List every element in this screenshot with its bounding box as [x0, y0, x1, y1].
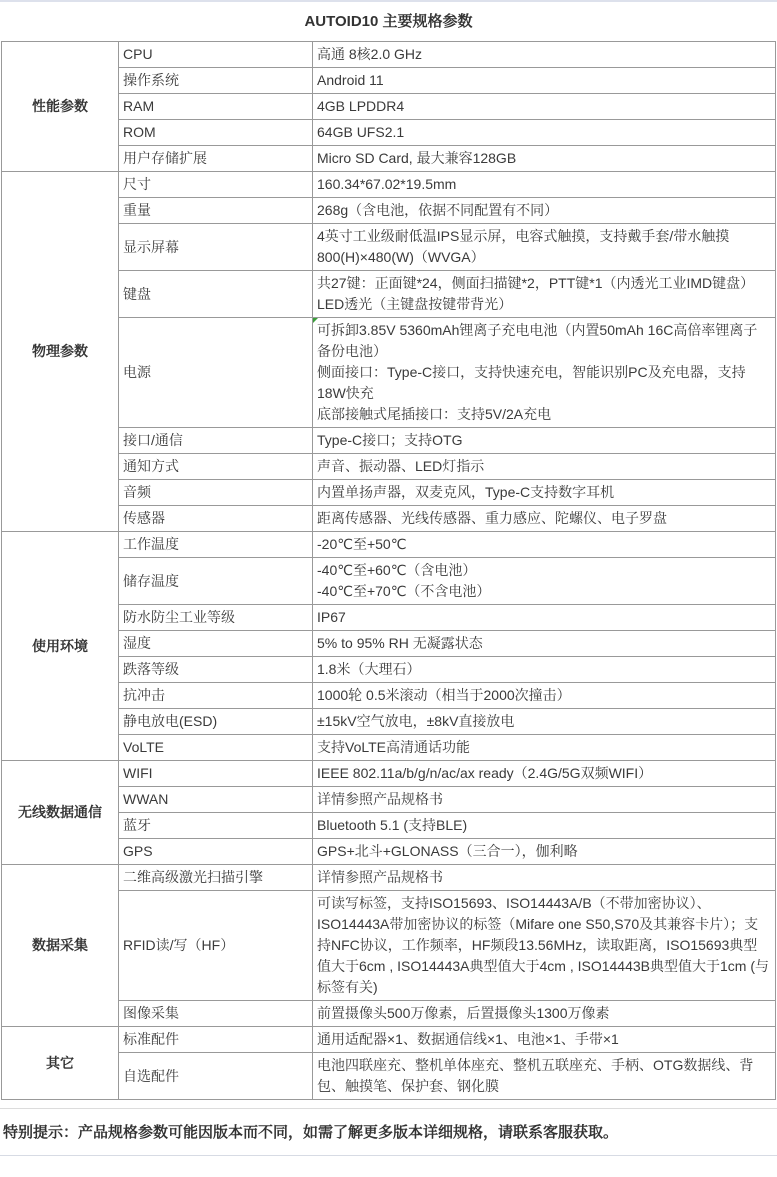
- spec-category: 使用环境: [2, 532, 119, 761]
- spec-category: 数据采集: [2, 865, 119, 1027]
- spec-value-line: 通用适配器×1、数据通信线×1、电池×1、手带×1: [317, 1029, 771, 1050]
- table-row: 无线数据通信WIFIIEEE 802.11a/b/g/n/ac/ax ready…: [2, 761, 776, 787]
- spec-value-line: 高通 8核2.0 GHz: [317, 44, 771, 65]
- spec-label: 重量: [119, 198, 313, 224]
- spec-label: 传感器: [119, 506, 313, 532]
- spec-value-line: 1.8米（大理石）: [317, 659, 771, 680]
- spec-value-line: 64GB UFS2.1: [317, 122, 771, 143]
- spec-value-line: -40℃至+70℃（不含电池）: [317, 581, 771, 602]
- spec-value-line: 距离传感器、光线传感器、重力感应、陀螺仪、电子罗盘: [317, 508, 771, 529]
- spec-label: 接口/通信: [119, 428, 313, 454]
- spec-value: -40℃至+60℃（含电池）-40℃至+70℃（不含电池）: [313, 558, 776, 605]
- spec-label: 图像采集: [119, 1001, 313, 1027]
- cell-comment-flag-icon: [313, 318, 318, 323]
- spec-value-line: -20℃至+50℃: [317, 534, 771, 555]
- table-row: 物理参数尺寸160.34*67.02*19.5mm: [2, 172, 776, 198]
- spec-value: 160.34*67.02*19.5mm: [313, 172, 776, 198]
- spec-value: 内置单扬声器，双麦克风，Type-C支持数字耳机: [313, 480, 776, 506]
- spec-value-line: 内置单扬声器，双麦克风，Type-C支持数字耳机: [317, 482, 771, 503]
- spec-label: 显示屏幕: [119, 224, 313, 271]
- spec-label: 抗冲击: [119, 683, 313, 709]
- spec-value: 4英寸工业级耐低温IPS显示屏，电容式触摸，支持戴手套/带水触摸800(H)×4…: [313, 224, 776, 271]
- spec-value-line: 160.34*67.02*19.5mm: [317, 174, 771, 195]
- spec-label: 标准配件: [119, 1027, 313, 1053]
- spec-value: 前置摄像头500万像素，后置摄像头1300万像素: [313, 1001, 776, 1027]
- spec-value: Type-C接口；支持OTG: [313, 428, 776, 454]
- table-row: 跌落等级1.8米（大理石）: [2, 657, 776, 683]
- spec-value: 通用适配器×1、数据通信线×1、电池×1、手带×1: [313, 1027, 776, 1053]
- table-row: WWAN详情参照产品规格书: [2, 787, 776, 813]
- spec-label: 音频: [119, 480, 313, 506]
- spec-value: -20℃至+50℃: [313, 532, 776, 558]
- spec-value-line: 详情参照产品规格书: [317, 867, 771, 888]
- spec-value-line: 共27键：正面键*24，侧面扫描键*2，PTT键*1（内透光工业IMD键盘）: [317, 273, 771, 294]
- spec-value: GPS+北斗+GLONASS（三合一），伽利略: [313, 839, 776, 865]
- spec-value-line: 4英寸工业级耐低温IPS显示屏，电容式触摸，支持戴手套/带水触摸: [317, 226, 771, 247]
- spec-label: WIFI: [119, 761, 313, 787]
- spec-label: 操作系统: [119, 68, 313, 94]
- spec-value-line: 详情参照产品规格书: [317, 789, 771, 810]
- spec-value-line: Micro SD Card, 最大兼容128GB: [317, 148, 771, 169]
- spec-value-line: 800(H)×480(W)（WVGA）: [317, 247, 771, 268]
- table-row: 显示屏幕4英寸工业级耐低温IPS显示屏，电容式触摸，支持戴手套/带水触摸800(…: [2, 224, 776, 271]
- spec-label: GPS: [119, 839, 313, 865]
- spec-value-line: LED透光（主键盘按键带背光）: [317, 294, 771, 315]
- spec-value-line: 可读写标签，支持ISO15693、ISO14443A/B（不带加密协议）、ISO…: [317, 893, 771, 998]
- spec-value: 268g（含电池，依据不同配置有不同）: [313, 198, 776, 224]
- spec-value: 共27键：正面键*24，侧面扫描键*2，PTT键*1（内透光工业IMD键盘）LE…: [313, 271, 776, 318]
- spec-label: 跌落等级: [119, 657, 313, 683]
- spec-value: 1.8米（大理石）: [313, 657, 776, 683]
- spec-value: 声音、振动器、LED灯指示: [313, 454, 776, 480]
- spec-value-line: Bluetooth 5.1 (支持BLE): [317, 815, 771, 836]
- spec-label: 键盘: [119, 271, 313, 318]
- spec-label: 用户存储扩展: [119, 146, 313, 172]
- spec-value: IEEE 802.11a/b/g/n/ac/ax ready（2.4G/5G双频…: [313, 761, 776, 787]
- spec-value-line: 5% to 95% RH 无凝露状态: [317, 633, 771, 654]
- spec-value: 可读写标签，支持ISO15693、ISO14443A/B（不带加密协议）、ISO…: [313, 891, 776, 1001]
- spec-value-line: ±15kV空气放电，±8kV直接放电: [317, 711, 771, 732]
- spec-value-line: 4GB LPDDR4: [317, 96, 771, 117]
- spec-category: 物理参数: [2, 172, 119, 532]
- table-row: 储存温度-40℃至+60℃（含电池）-40℃至+70℃（不含电池）: [2, 558, 776, 605]
- spec-value-line: GPS+北斗+GLONASS（三合一），伽利略: [317, 841, 771, 862]
- spec-label: WWAN: [119, 787, 313, 813]
- spec-category: 性能参数: [2, 42, 119, 172]
- spec-value: 1000轮 0.5米滚动（相当于2000次撞击）: [313, 683, 776, 709]
- spec-value: Micro SD Card, 最大兼容128GB: [313, 146, 776, 172]
- spec-value: 4GB LPDDR4: [313, 94, 776, 120]
- table-row: ROM64GB UFS2.1: [2, 120, 776, 146]
- spec-value: 高通 8核2.0 GHz: [313, 42, 776, 68]
- spec-value: Bluetooth 5.1 (支持BLE): [313, 813, 776, 839]
- table-row: 键盘共27键：正面键*24，侧面扫描键*2，PTT键*1（内透光工业IMD键盘）…: [2, 271, 776, 318]
- table-row: RAM4GB LPDDR4: [2, 94, 776, 120]
- spec-value: 64GB UFS2.1: [313, 120, 776, 146]
- table-row: 自选配件电池四联座充、整机单体座充、整机五联座充、手柄、OTG数据线、背包、触摸…: [2, 1053, 776, 1100]
- table-row: 接口/通信Type-C接口；支持OTG: [2, 428, 776, 454]
- spec-value-line: 前置摄像头500万像素，后置摄像头1300万像素: [317, 1003, 771, 1024]
- spec-table: 性能参数CPU高通 8核2.0 GHz操作系统Android 11RAM4GB …: [1, 41, 776, 1100]
- spec-value: Android 11: [313, 68, 776, 94]
- spec-label: 湿度: [119, 631, 313, 657]
- table-row: 传感器距离传感器、光线传感器、重力感应、陀螺仪、电子罗盘: [2, 506, 776, 532]
- spec-label: ROM: [119, 120, 313, 146]
- spec-value: 电池四联座充、整机单体座充、整机五联座充、手柄、OTG数据线、背包、触摸笔、保护…: [313, 1053, 776, 1100]
- table-row: 电源可拆卸3.85V 5360mAh锂离子充电电池（内置50mAh 16C高倍率…: [2, 318, 776, 428]
- table-row: 蓝牙Bluetooth 5.1 (支持BLE): [2, 813, 776, 839]
- spec-value-line: 268g（含电池，依据不同配置有不同）: [317, 200, 771, 221]
- table-row: VoLTE支持VoLTE高清通话功能: [2, 735, 776, 761]
- spec-value-line: 声音、振动器、LED灯指示: [317, 456, 771, 477]
- table-row: 操作系统Android 11: [2, 68, 776, 94]
- spec-label: 储存温度: [119, 558, 313, 605]
- spec-value-line: Android 11: [317, 70, 771, 91]
- spec-value-line: 电池四联座充、整机单体座充、整机五联座充、手柄、OTG数据线、背包、触摸笔、保护…: [317, 1055, 771, 1097]
- spec-label: 防水防尘工业等级: [119, 605, 313, 631]
- spec-label: 电源: [119, 318, 313, 428]
- spec-label: 蓝牙: [119, 813, 313, 839]
- table-row: 用户存储扩展Micro SD Card, 最大兼容128GB: [2, 146, 776, 172]
- spec-category: 其它: [2, 1027, 119, 1100]
- table-row: RFID读/写（HF）可读写标签，支持ISO15693、ISO14443A/B（…: [2, 891, 776, 1001]
- spec-value: 5% to 95% RH 无凝露状态: [313, 631, 776, 657]
- spec-label: 静电放电(ESD): [119, 709, 313, 735]
- spec-value-line: 1000轮 0.5米滚动（相当于2000次撞击）: [317, 685, 771, 706]
- spec-label: VoLTE: [119, 735, 313, 761]
- spec-value-line: 底部接触式尾插接口：支持5V/2A充电: [317, 404, 771, 425]
- spec-value-line: IP67: [317, 607, 771, 628]
- spec-value: 详情参照产品规格书: [313, 787, 776, 813]
- table-row: 防水防尘工业等级IP67: [2, 605, 776, 631]
- spec-value-line: 侧面接口：Type-C接口，支持快速充电，智能识别PC及充电器，支持18W快充: [317, 362, 771, 404]
- table-row: 图像采集前置摄像头500万像素，后置摄像头1300万像素: [2, 1001, 776, 1027]
- spec-label: RAM: [119, 94, 313, 120]
- table-row: 使用环境工作温度-20℃至+50℃: [2, 532, 776, 558]
- spec-value: 详情参照产品规格书: [313, 865, 776, 891]
- table-row: 重量268g（含电池，依据不同配置有不同）: [2, 198, 776, 224]
- spec-label: 二维高级激光扫描引擎: [119, 865, 313, 891]
- spec-value: 支持VoLTE高清通话功能: [313, 735, 776, 761]
- table-row: 其它标准配件通用适配器×1、数据通信线×1、电池×1、手带×1: [2, 1027, 776, 1053]
- spec-value: ±15kV空气放电，±8kV直接放电: [313, 709, 776, 735]
- spec-value: 可拆卸3.85V 5360mAh锂离子充电电池（内置50mAh 16C高倍率锂离…: [313, 318, 776, 428]
- table-row: 湿度5% to 95% RH 无凝露状态: [2, 631, 776, 657]
- spec-value-line: -40℃至+60℃（含电池）: [317, 560, 771, 581]
- spec-label: 自选配件: [119, 1053, 313, 1100]
- spec-value-line: IEEE 802.11a/b/g/n/ac/ax ready（2.4G/5G双频…: [317, 763, 771, 784]
- spec-value-line: 可拆卸3.85V 5360mAh锂离子充电电池（内置50mAh 16C高倍率锂离…: [317, 320, 771, 362]
- spec-value-line: Type-C接口；支持OTG: [317, 430, 771, 451]
- spec-label: RFID读/写（HF）: [119, 891, 313, 1001]
- table-row: 音频内置单扬声器，双麦克风，Type-C支持数字耳机: [2, 480, 776, 506]
- spec-value: 距离传感器、光线传感器、重力感应、陀螺仪、电子罗盘: [313, 506, 776, 532]
- page-title: AUTOID10 主要规格参数: [0, 2, 777, 41]
- spec-label: 通知方式: [119, 454, 313, 480]
- table-row: GPSGPS+北斗+GLONASS（三合一），伽利略: [2, 839, 776, 865]
- spec-label: CPU: [119, 42, 313, 68]
- table-row: 通知方式声音、振动器、LED灯指示: [2, 454, 776, 480]
- table-row: 性能参数CPU高通 8核2.0 GHz: [2, 42, 776, 68]
- spec-label: 尺寸: [119, 172, 313, 198]
- special-note: 特别提示：产品规格参数可能因版本而不同，如需了解更多版本详细规格，请联系客服获取…: [0, 1108, 777, 1156]
- table-row: 数据采集二维高级激光扫描引擎详情参照产品规格书: [2, 865, 776, 891]
- spec-label: 工作温度: [119, 532, 313, 558]
- table-row: 抗冲击1000轮 0.5米滚动（相当于2000次撞击）: [2, 683, 776, 709]
- spec-value: IP67: [313, 605, 776, 631]
- spec-category: 无线数据通信: [2, 761, 119, 865]
- table-row: 静电放电(ESD)±15kV空气放电，±8kV直接放电: [2, 709, 776, 735]
- spec-value-line: 支持VoLTE高清通话功能: [317, 737, 771, 758]
